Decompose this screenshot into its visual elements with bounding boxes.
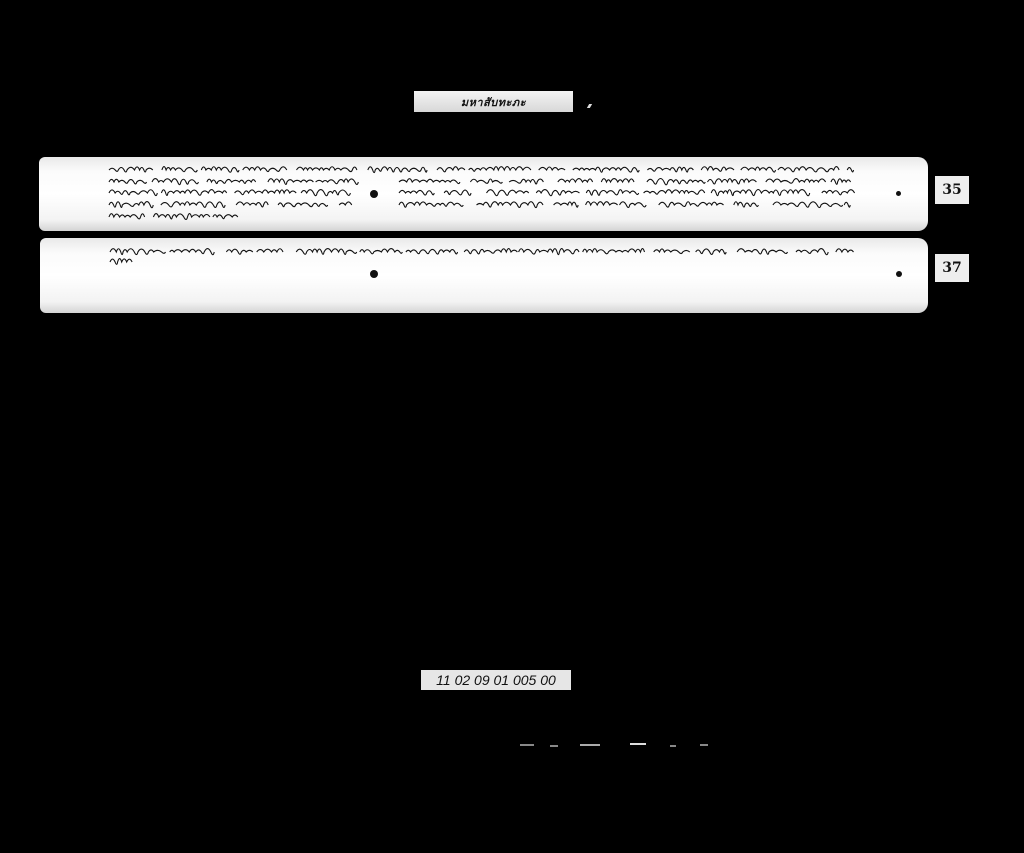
page-number-label: 37 (935, 254, 969, 282)
scan-noise (520, 742, 710, 748)
script-text-block (40, 238, 928, 313)
palm-leaf-37: [manuscript script line 1 — illegible ha… (40, 238, 928, 313)
script-text-block (39, 157, 928, 231)
page-number-label: 35 (935, 176, 969, 204)
scan-mark (587, 104, 592, 108)
title-label: มหาสับทะภะ (414, 91, 573, 112)
reference-number-label: 11 02 09 01 005 00 (421, 670, 571, 690)
palm-leaf-35: [manuscript script line 1 — illegible ha… (39, 157, 928, 231)
